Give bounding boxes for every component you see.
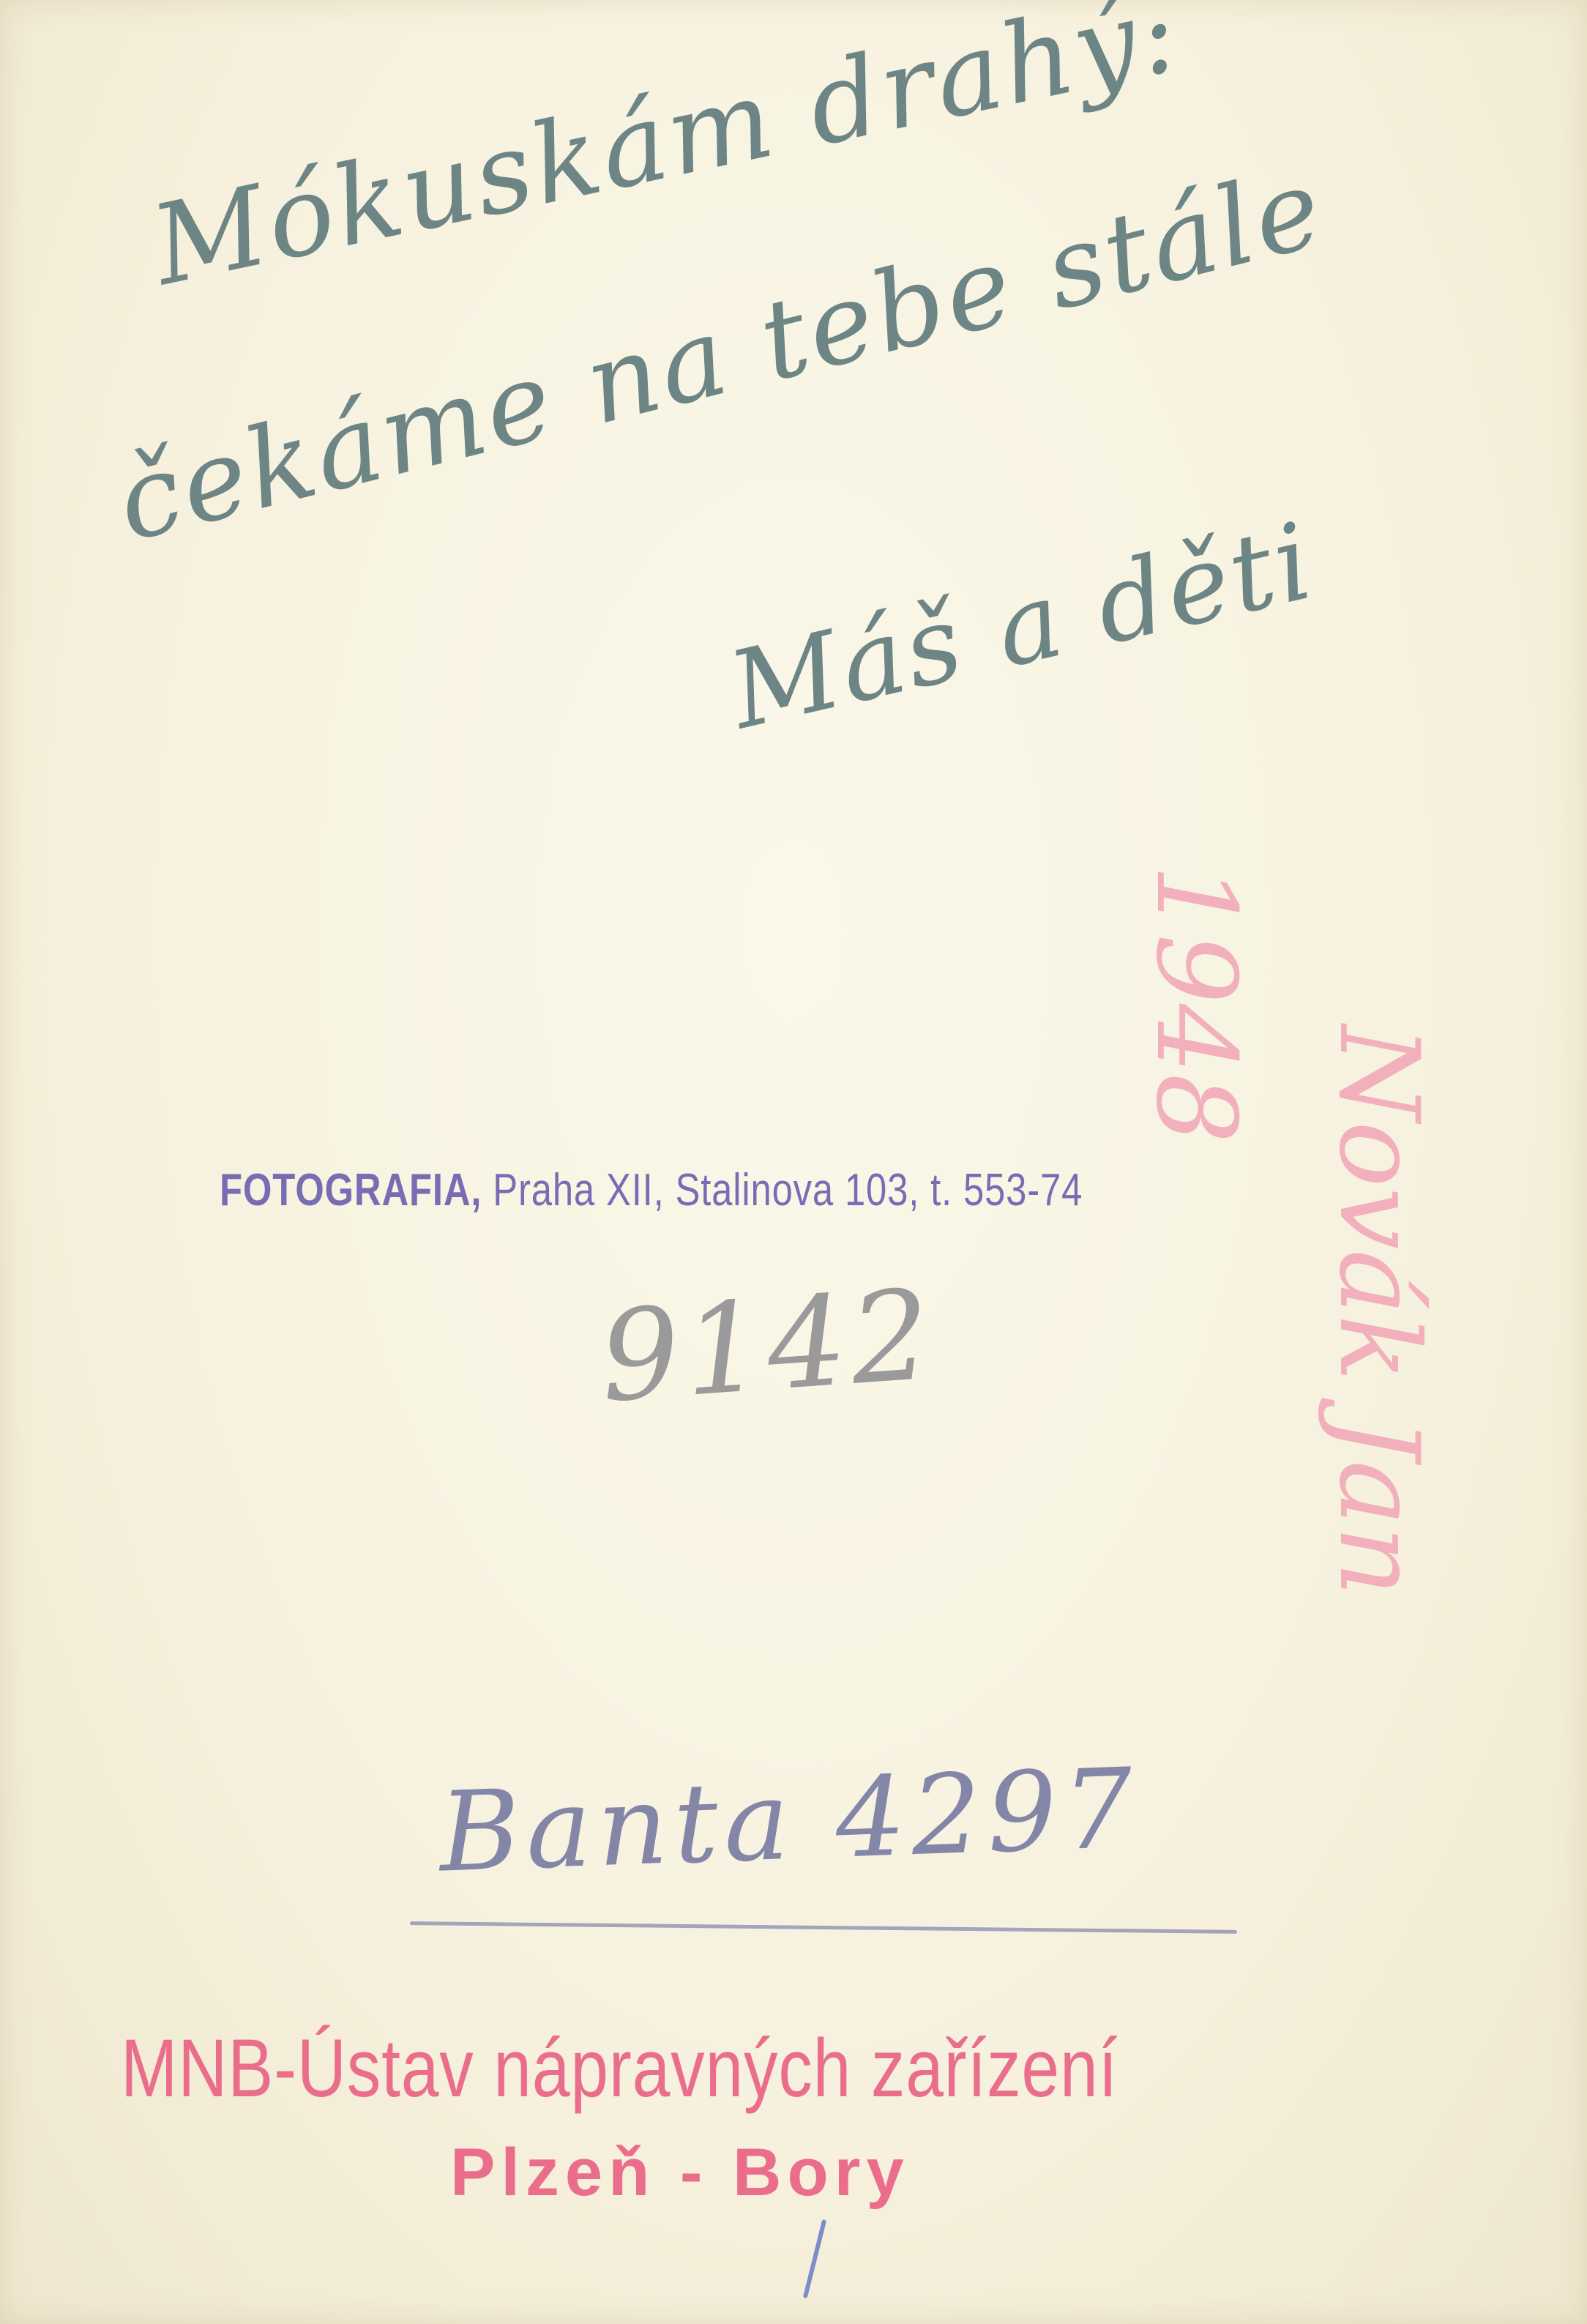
institution-stamp-line-1: MNB-Ústav nápravných zařízení: [121, 2021, 1118, 2115]
pink-name-annotation: Novák Jan: [1315, 1025, 1442, 1596]
photographer-stamp-address: Praha XII, Stalinova 103, t. 553-74: [493, 1165, 1083, 1215]
photographer-stamp: FOTOGRAFIA, Praha XII, Stalinova 103, t.…: [220, 1164, 1083, 1216]
reference-underline: [410, 1921, 1237, 1934]
pencil-archive-number: 9142: [596, 1262, 939, 1430]
photo-reverse-card: Mókuskám drahý: čekáme na tebe stále Máš…: [0, 0, 1587, 2324]
photographer-stamp-name: FOTOGRAFIA,: [220, 1165, 482, 1215]
blue-ink-tick-mark: [803, 2219, 826, 2298]
institution-stamp-line-2: Plzeň - Bory: [450, 2134, 910, 2211]
pink-year-annotation: 1948: [1132, 864, 1259, 1144]
handwritten-line-3: Máš a děti: [719, 499, 1325, 753]
pencil-reference: Banta 4297: [437, 1745, 1140, 1896]
